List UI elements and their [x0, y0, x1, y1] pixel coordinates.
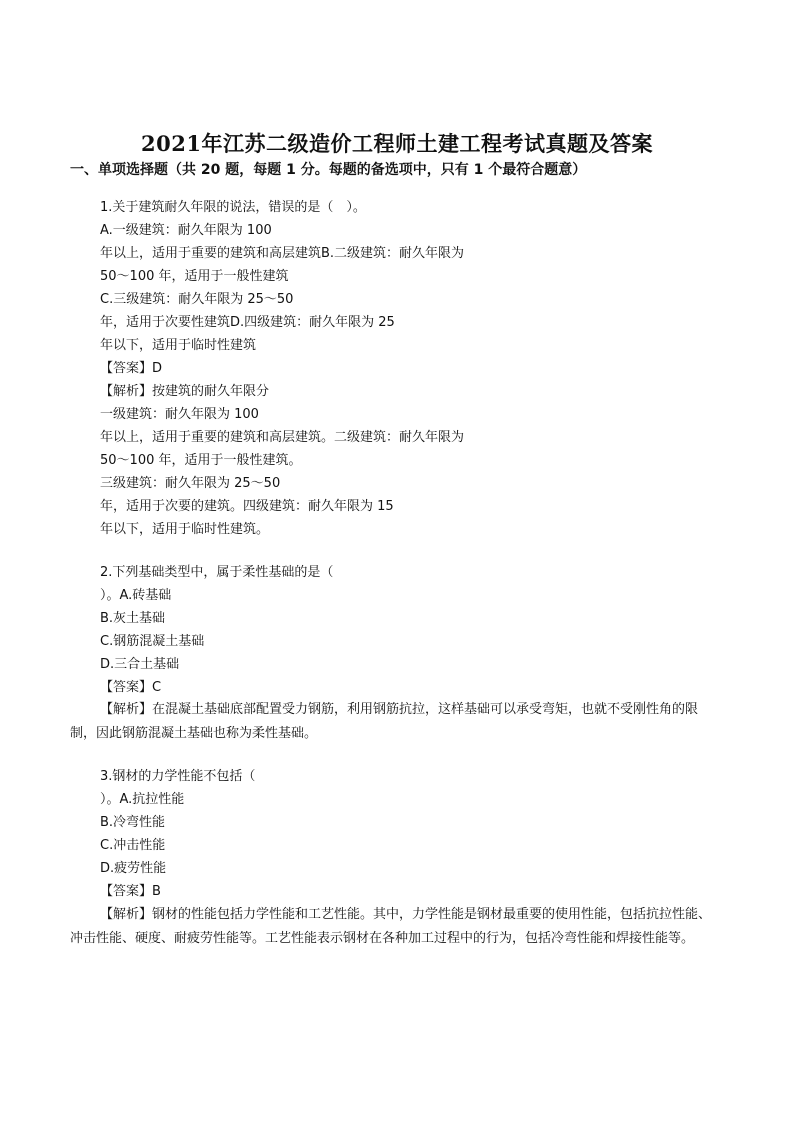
explanation-line: 年以下，适用于临时性建筑。 — [100, 521, 269, 539]
question-stem: 3.钢材的力学性能不包括（ — [100, 768, 255, 786]
option-a: ）。A.抗拉性能 — [100, 791, 184, 809]
question-stem: 2.下列基础类型中，属于柔性基础的是（ — [100, 564, 333, 582]
document-title: 2021年江苏二级造价工程师土建工程考试真题及答案 — [0, 130, 794, 158]
explanation-line: 一级建筑：耐久年限为 100 — [100, 406, 259, 424]
explanation: 【解析】在混凝土基础底部配置受力钢筋，利用钢筋抗拉，这样基础可以承受弯矩，也就不… — [70, 698, 720, 746]
option-text: 年以下，适用于临时性建筑 — [100, 337, 256, 355]
question-stem: 1.关于建筑耐久年限的说法，错误的是（ ）。 — [100, 199, 366, 217]
option-c: C.冲击性能 — [100, 837, 165, 855]
explanation: 【解析】钢材的性能包括力学性能和工艺性能。其中，力学性能是钢材最重要的使用性能，… — [70, 903, 720, 951]
option-a: A.一级建筑：耐久年限为 100 — [100, 222, 272, 240]
explanation-line: 50～100 年，适用于一般性建筑。 — [100, 452, 302, 470]
answer: 【答案】C — [100, 679, 161, 697]
option-text: 50～100 年，适用于一般性建筑 — [100, 268, 289, 286]
option-d: D.疲劳性能 — [100, 860, 166, 878]
explanation-line: 年以上，适用于重要的建筑和高层建筑。二级建筑：耐久年限为 — [100, 429, 464, 447]
option-text: 年，适用于次要性建筑D.四级建筑：耐久年限为 25 — [100, 314, 395, 332]
answer: 【答案】B — [100, 883, 161, 901]
option-d: D.三合土基础 — [100, 656, 179, 674]
document-page: 2021年江苏二级造价工程师土建工程考试真题及答案 一、单项选择题（共 20 题… — [0, 0, 794, 1123]
option-a: ）。A.砖基础 — [100, 587, 171, 605]
option-b: B.冷弯性能 — [100, 814, 165, 832]
explanation-line: 年，适用于次要的建筑。四级建筑：耐久年限为 15 — [100, 498, 394, 516]
answer: 【答案】D — [100, 360, 162, 378]
option-b: B.灰土基础 — [100, 610, 165, 628]
option-c: C.钢筋混凝土基础 — [100, 633, 204, 651]
explanation-line: 三级建筑：耐久年限为 25～50 — [100, 475, 280, 493]
section-heading: 一、单项选择题（共 20 题，每题 1 分。每题的备选项中，只有 1 个最符合题… — [70, 160, 586, 180]
explanation-heading: 【解析】按建筑的耐久年限分 — [100, 383, 269, 401]
option-c: C.三级建筑：耐久年限为 25～50 — [100, 291, 293, 309]
option-text: 年以上，适用于重要的建筑和高层建筑B.二级建筑：耐久年限为 — [100, 245, 464, 263]
